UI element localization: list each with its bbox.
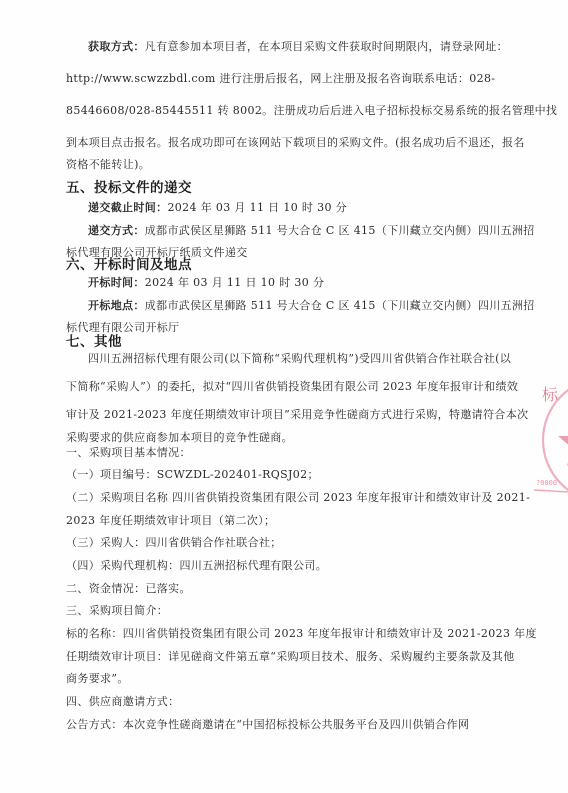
item-2: 二、资金情况：已落实。 — [66, 582, 191, 596]
submission-deadline: 递交截止时间：2024 年 03 月 11 日 10 时 30 分 — [88, 201, 347, 215]
submission-method-line-1: 递交方式：成都市武侯区星狮路 511 号大合仓 C 区 415（下川藏立交内侧）… — [88, 224, 535, 238]
item-4-line-1: 公告方式：本次竞争性磋商邀请在“中国招标投标公共服务平台及四川供销合作网 — [66, 718, 469, 732]
seal-char: 标 — [542, 385, 559, 404]
item-4-title: 四、供应商邀请方式： — [66, 695, 180, 709]
acquisition-line-4: 到本项目点击报名。报名成功即可在该网站下载项目的采购文件。(报名成功后不退还，报… — [66, 136, 525, 150]
acquisition-line-3: 85446608/028-85445511 转 8002。注册成功后后进入电子招… — [66, 104, 557, 118]
item-1-sub-2-line-1: （二）采购项目名称 四川省供销投资集团有限公司 2023 年度年报审计和绩效审计… — [66, 491, 530, 505]
item-1-sub-3: （三）采购人：四川省供销合作社联合社； — [66, 536, 282, 550]
section-6-heading: 六、开标时间及地点 — [66, 253, 192, 273]
acquisition-line-2: http://www.scwzzbdl.com 进行注册后报名，网上注册及报名咨… — [66, 72, 495, 86]
acquisition-line-5: 资格不能转让)。 — [66, 158, 150, 172]
item-1-sub-1: （一）项目编号：SCWZDL-202401-RQSJ02； — [66, 468, 319, 482]
intro-line-4: 采购要求的供应商参加本项目的竞争性磋商。 — [66, 431, 293, 445]
item-1-title: 一、采购项目基本情况： — [66, 446, 191, 460]
section-5-heading: 五、投标文件的递交 — [66, 176, 192, 196]
item-1-sub-2-line-2: 2023 年度任期绩效审计项目（第二次）； — [66, 514, 275, 528]
svg-text:?0000: ?0000 — [536, 479, 557, 487]
opening-place-line-1: 开标地点：成都市武侯区星狮路 511 号大合仓 C 区 415（下川藏立交内侧）… — [88, 299, 535, 313]
item-3-line-3: 商务要求”。 — [66, 672, 129, 686]
intro-line-1: 四川五洲招标代理有限公司(以下简称“采购代理机构”)受四川省供销合作社联合社(以 — [88, 352, 511, 366]
section-7-heading: 七、其他 — [66, 330, 122, 350]
official-seal-stamp: 标 ?0000 — [530, 370, 568, 510]
document-page: 获取方式：凡有意参加本项目者，在本项目采购文件获取时间期限内，请登录网址： ht… — [0, 0, 568, 793]
seal-star-icon: 标 ?0000 — [530, 370, 568, 510]
acquisition-label: 获取方式： — [88, 40, 145, 53]
item-3-line-1: 标的名称：四川省供销投资集团有限公司 2023 年度年报审计和绩效审计及 202… — [66, 627, 537, 641]
intro-line-2: 下简称“采购人”）的委托，拟对“四川省供销投资集团有限公司 2023 年度年报审… — [66, 380, 518, 394]
item-1-sub-4: （四）采购代理机构：四川五洲招标代理有限公司。 — [66, 559, 327, 573]
intro-line-3: 审计及 2021-2023 年度任期绩效审计项目”采用竞争性磋商方式进行采购，特… — [66, 408, 528, 422]
opening-time: 开标时间：2024 年 03 月 11 日 10 时 30 分 — [88, 276, 324, 290]
item-3-title: 三、采购项目简介： — [66, 604, 168, 618]
acquisition-line-1: 获取方式：凡有意参加本项目者，在本项目采购文件获取时间期限内，请登录网址： — [88, 40, 508, 54]
item-3-line-2: 任期绩效审计项目：详见磋商文件第五章“采购项目技术、服务、采购履约主要条款及其他 — [66, 650, 515, 664]
